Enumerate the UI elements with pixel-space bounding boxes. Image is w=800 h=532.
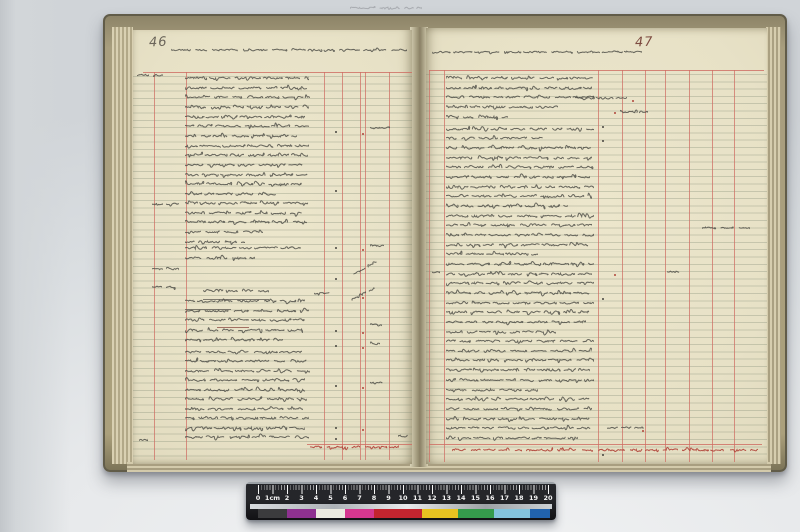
ruler-label: 12 bbox=[427, 494, 436, 502]
red-footer-annotation bbox=[582, 443, 626, 457]
color-patch bbox=[422, 509, 458, 518]
red-footer-annotation bbox=[526, 443, 578, 457]
color-patch bbox=[458, 509, 494, 518]
ruler-labels: 01cm234567891011121314151617181920 bbox=[246, 494, 556, 503]
red-column-rule bbox=[342, 72, 343, 460]
amount-entry bbox=[139, 433, 148, 447]
page-stack-right-edge bbox=[766, 27, 781, 464]
amount-entry bbox=[575, 91, 627, 105]
red-column-rule bbox=[598, 70, 599, 462]
amount-entry bbox=[137, 68, 149, 82]
red-column-rule bbox=[712, 70, 713, 462]
ruler-label: 0 bbox=[256, 494, 261, 502]
amount-entry bbox=[166, 280, 178, 294]
left-page: 46 bbox=[133, 30, 412, 464]
red-column-rule bbox=[622, 70, 623, 462]
ink-underline bbox=[203, 299, 269, 300]
ruler-label: 10 bbox=[398, 494, 407, 502]
amount-entry bbox=[166, 197, 179, 211]
ruler-label: 3 bbox=[299, 494, 304, 502]
red-column-rule bbox=[429, 70, 430, 462]
ink-underline bbox=[185, 309, 231, 310]
ruler-color-calibration bbox=[258, 509, 550, 518]
ruler-label: 14 bbox=[456, 494, 465, 502]
handwriting-line bbox=[185, 251, 255, 265]
header-script-right bbox=[432, 45, 642, 59]
ruler-label: 15 bbox=[471, 494, 480, 502]
ruler-label: 2 bbox=[285, 494, 290, 502]
red-column-rule bbox=[324, 72, 325, 460]
color-patch bbox=[374, 509, 422, 518]
ruler-label: 6 bbox=[343, 494, 348, 502]
amount-entry bbox=[166, 262, 179, 276]
color-patch bbox=[345, 509, 374, 518]
scale-ruler: 01cm234567891011121314151617181920 bbox=[246, 482, 556, 520]
handwriting-line bbox=[185, 430, 309, 444]
ruler-label: 16 bbox=[485, 494, 494, 502]
ruler-label: 4 bbox=[314, 494, 319, 502]
red-footer-annotation bbox=[630, 443, 678, 457]
photo-background: 46 47 01cm234567891011121314151617181920 bbox=[0, 0, 800, 532]
red-column-rule bbox=[444, 70, 445, 462]
red-footer-annotation bbox=[682, 443, 726, 457]
right-page: 47 bbox=[426, 28, 767, 464]
red-footer-annotation bbox=[730, 443, 758, 457]
amount-entry bbox=[607, 421, 645, 435]
amount-entry bbox=[152, 197, 163, 211]
amount-entry bbox=[370, 318, 382, 332]
ledger-book: 46 47 bbox=[103, 14, 787, 472]
red-column-rule bbox=[689, 70, 690, 462]
ruler-label: 18 bbox=[514, 494, 523, 502]
amount-entry bbox=[432, 265, 440, 279]
ruler-label: 5 bbox=[328, 494, 333, 502]
amount-entry bbox=[370, 121, 390, 135]
amount-entry bbox=[153, 68, 165, 82]
amount-entry bbox=[152, 280, 162, 294]
amount-entry bbox=[667, 265, 681, 279]
color-patch bbox=[530, 509, 550, 518]
red-footer-annotation bbox=[365, 440, 399, 454]
red-column-rule bbox=[665, 70, 666, 462]
amount-entry bbox=[620, 105, 648, 119]
page-number-left: 46 bbox=[149, 35, 168, 51]
red-column-rule bbox=[645, 70, 646, 462]
amount-entry bbox=[398, 429, 412, 443]
header-script-left bbox=[171, 43, 407, 57]
ruler-label: 17 bbox=[500, 494, 509, 502]
amount-entry bbox=[314, 286, 330, 300]
page-stack-left-edge bbox=[112, 27, 133, 464]
amount-entry bbox=[370, 239, 384, 253]
faint-pencil-scribble bbox=[350, 1, 422, 15]
color-patch bbox=[494, 509, 530, 518]
ruler-label: 20 bbox=[543, 494, 552, 502]
ruler-label: 9 bbox=[386, 494, 391, 502]
amount-entry bbox=[370, 337, 380, 351]
amount-entry bbox=[702, 221, 750, 235]
red-footer-annotation bbox=[310, 440, 360, 454]
ink-underline bbox=[217, 327, 249, 328]
ruler-label: 1cm bbox=[265, 494, 280, 502]
ruler-tick-marks bbox=[258, 485, 549, 494]
ruler-label: 7 bbox=[357, 494, 362, 502]
color-patch bbox=[287, 509, 316, 518]
red-footer-annotation bbox=[452, 443, 522, 457]
color-patch bbox=[258, 509, 287, 518]
ruler-label: 11 bbox=[413, 494, 422, 502]
amount-entry bbox=[370, 376, 386, 390]
red-column-rule bbox=[734, 70, 735, 462]
ruler-label: 19 bbox=[529, 494, 538, 502]
ruler-label: 8 bbox=[372, 494, 377, 502]
color-patch bbox=[316, 509, 345, 518]
amount-entry bbox=[152, 262, 163, 276]
ruler-label: 13 bbox=[442, 494, 451, 502]
